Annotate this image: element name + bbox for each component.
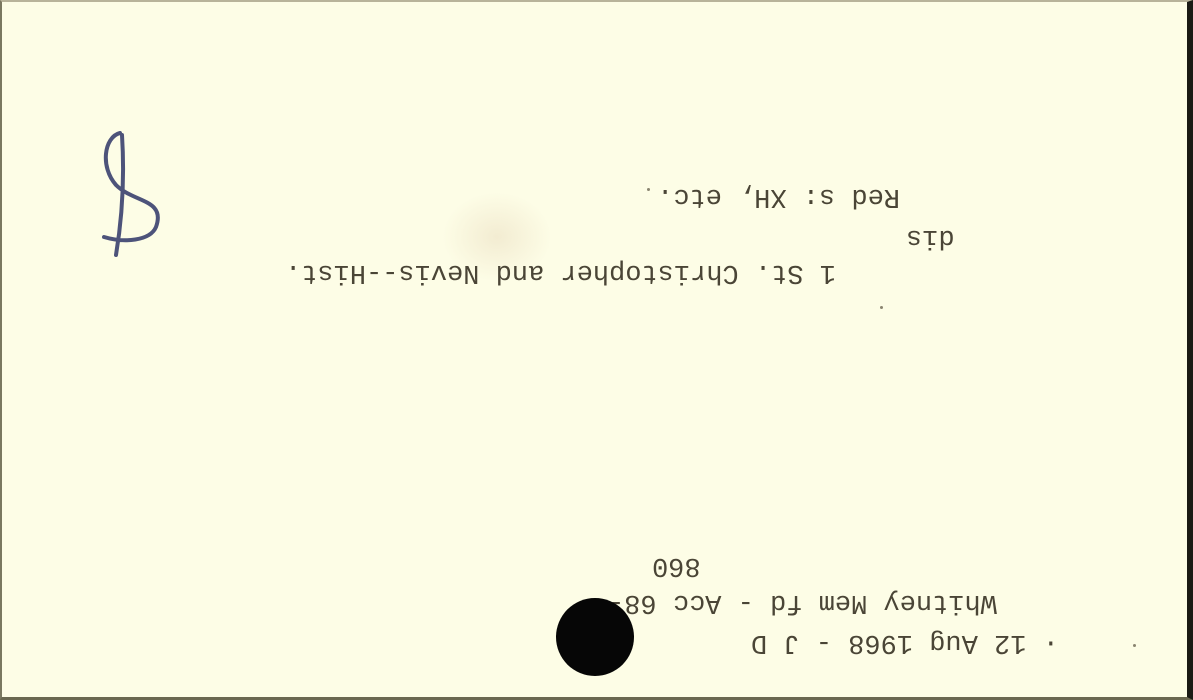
fund-line: Whitney Mem fd - Acc 68- — [608, 588, 997, 615]
punch-hole — [556, 598, 634, 676]
catalog-card: 1 St. Christopher and Nevis--Hist. dis R… — [0, 0, 1193, 700]
subject-heading: 1 St. Christopher and Nevis--Hist. — [285, 258, 836, 285]
speck — [880, 306, 883, 309]
dis-note: dis — [906, 223, 955, 250]
speck — [647, 188, 650, 191]
date-line: · 12 Aug 1968 - J D — [751, 628, 1059, 655]
accession-number: 860 — [652, 551, 701, 578]
red-s-note: Red s: XH, etc. — [657, 182, 900, 209]
handwritten-mark-icon — [94, 127, 174, 257]
speck — [1133, 644, 1136, 647]
